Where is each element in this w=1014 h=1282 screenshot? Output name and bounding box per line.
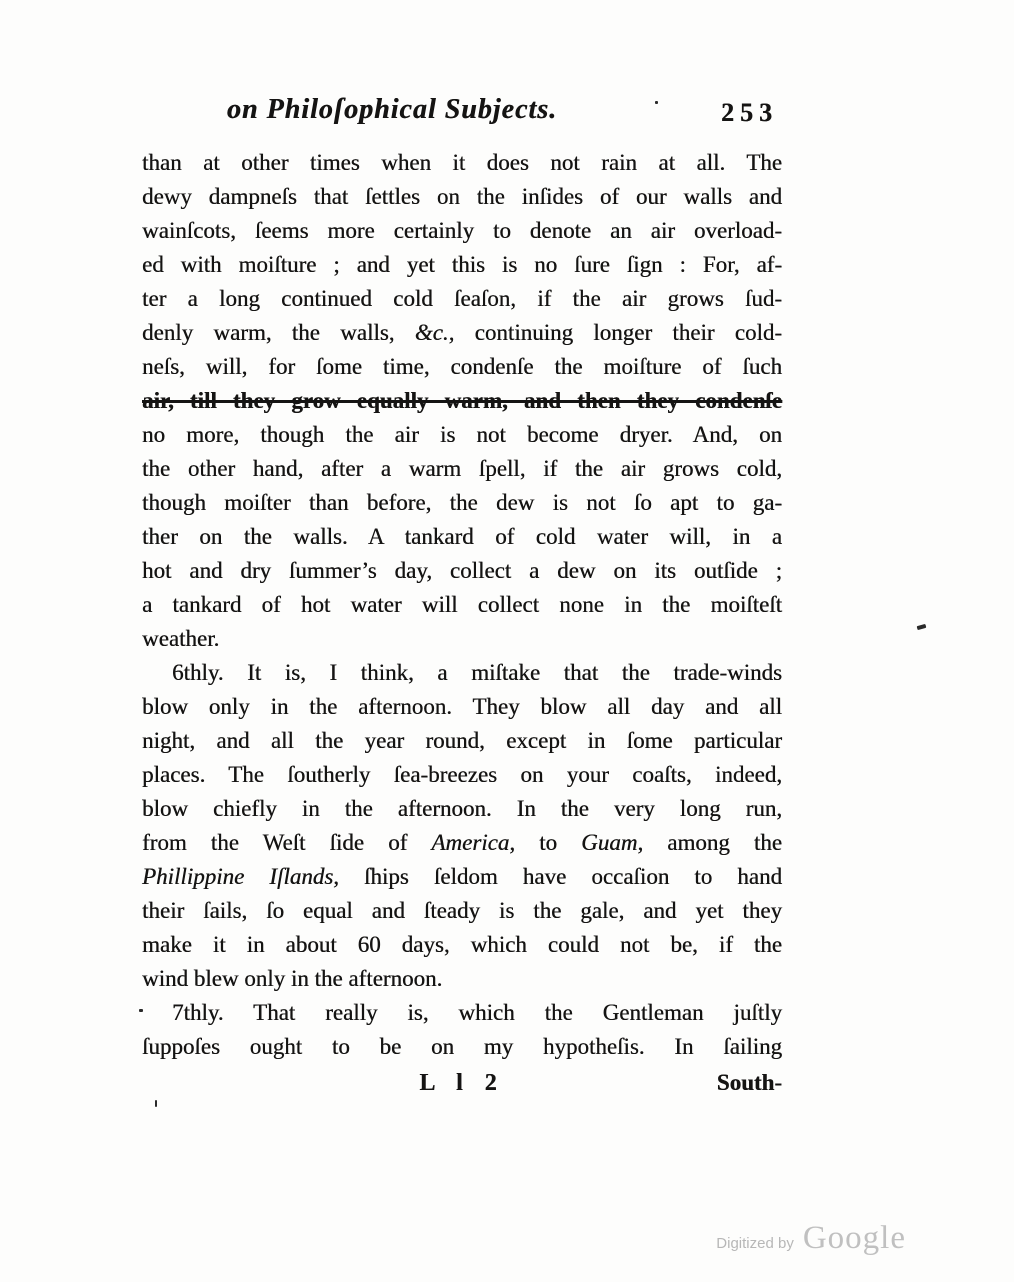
text-line: no more, though the air is not become dr… — [142, 418, 782, 452]
text-line: than at other times when it does not rai… — [142, 146, 782, 180]
text-line-paragraph-start: 7thly. That really is, which the Gentlem… — [142, 996, 782, 1030]
text-line: night, and all the year round, except in… — [142, 724, 782, 758]
text-segment: ſhips ſeldom have occaſion to hand — [339, 864, 782, 889]
text-line: blow only in the afternoon. They blow al… — [142, 690, 782, 724]
text-segment: continuing longer their cold- — [454, 320, 782, 345]
text-segment-italic: Guam, — [581, 830, 643, 855]
catchword: South- — [717, 1066, 782, 1100]
text-line: their ſails, ſo equal and ſteady is the … — [142, 894, 782, 928]
signature-row: L l 2 South- — [142, 1066, 782, 1100]
ink-speck — [655, 101, 658, 104]
ink-speck — [155, 1100, 157, 1107]
text-line: ter a long continued cold ſeaſon, if the… — [142, 282, 782, 316]
scanned-book-page: on Philoſophical Subjects. 253 than at o… — [0, 0, 1014, 1282]
text-line: though moiſter than before, the dew is n… — [142, 486, 782, 520]
digitized-by-label: Digitized by — [716, 1235, 794, 1252]
ink-speck — [917, 624, 927, 630]
text-segment: from the Weſt ſide of — [142, 830, 431, 855]
text-segment: denly warm, the walls, — [142, 320, 415, 345]
signature-mark: L l 2 — [419, 1070, 504, 1096]
ink-speck — [139, 1009, 143, 1012]
text-line: wainſcots, ſeems more certainly to denot… — [142, 214, 782, 248]
google-watermark: Digitized by Google — [716, 1220, 906, 1257]
text-line: blow chiefly in the afternoon. In the ve… — [142, 792, 782, 826]
text-line-paragraph-end: wind blew only in the afternoon. — [142, 962, 782, 996]
text-line: Phillippine Iſlands, ſhips ſeldom have o… — [142, 860, 782, 894]
text-line: dewy dampneſs that ſettles on the inſide… — [142, 180, 782, 214]
text-line: ſuppoſes ought to be on my hypotheſis. I… — [142, 1030, 782, 1064]
text-segment-italic: &c., — [415, 320, 455, 345]
text-line: ed with moiſture ; and yet this is no ſu… — [142, 248, 782, 282]
text-line-struck-through: air, till they grow equally warm, and th… — [142, 384, 782, 418]
text-line: from the Weſt ſide of America, to Guam, … — [142, 826, 782, 860]
text-segment-italic: Phillippine Iſlands, — [142, 864, 339, 889]
text-line-paragraph-end: weather. — [142, 622, 782, 656]
text-block: than at other times when it does not rai… — [142, 146, 782, 1100]
text-line: denly warm, the walls, &c., continuing l… — [142, 316, 782, 350]
page-header: on Philoſophical Subjects. 253 — [142, 94, 782, 134]
text-line: neſs, will, for ſome time, condenſe the … — [142, 350, 782, 384]
text-line: a tankard of hot water will collect none… — [142, 588, 782, 622]
page-number: 253 — [721, 98, 778, 128]
text-segment-italic: America, — [431, 830, 515, 855]
text-line: the other hand, after a warm ſpell, if t… — [142, 452, 782, 486]
text-line: hot and dry ſummer’s day, collect a dew … — [142, 554, 782, 588]
text-line: places. The ſoutherly ſea-breezes on you… — [142, 758, 782, 792]
google-logo: Google — [803, 1220, 906, 1257]
running-title: on Philoſophical Subjects. — [142, 94, 642, 126]
text-line: ther on the walls. A tankard of cold wat… — [142, 520, 782, 554]
text-line: make it in about 60 days, which could no… — [142, 928, 782, 962]
text-segment: to — [515, 830, 581, 855]
text-segment: among the — [643, 830, 782, 855]
text-line-paragraph-start: 6thly. It is, I think, a miſtake that th… — [142, 656, 782, 690]
